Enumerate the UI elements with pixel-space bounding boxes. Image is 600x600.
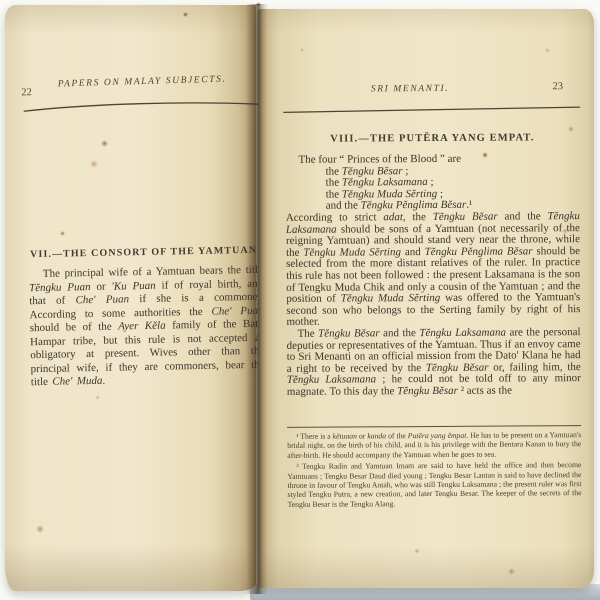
left-header-rule (21, 97, 261, 114)
left-page-content: 22 PAPERS ON MALAY SUBJECTS. VII.—THE CO… (25, 73, 259, 77)
princes-list: the Tĕngku Bĕsar ; the Tĕngku Laksamana … (286, 165, 580, 213)
foxing-spot (256, 2, 261, 7)
adat-paragraph: According to strict adat, the Tĕngku Bĕs… (286, 211, 581, 329)
left-page: 22 PAPERS ON MALAY SUBJECTS. VII.—THE CO… (5, 5, 256, 591)
right-body: The four “ Princes of the Blood ” are th… (285, 153, 580, 398)
left-body-paragraph: The principal wife of a Yamtuan bears th… (29, 264, 265, 390)
left-section-heading: VII.—THE CONSORT OF THE YAMTUAN. (28, 245, 262, 260)
right-section-heading: VIII.—THE PUTĔRA YANG EMPAT. (285, 132, 579, 145)
left-running-header: PAPERS ON MALAY SUBJECTS. (25, 74, 259, 91)
right-running-header: SRI MENANTI. (263, 83, 557, 95)
book-photo: 22 PAPERS ON MALAY SUBJECTS. VII.—THE CO… (0, 0, 600, 600)
footnotes: ¹ There is a kĕtuaan or kanda of the Put… (287, 430, 581, 511)
right-page-number: 23 (553, 81, 564, 92)
footnote-1: ¹ There is a kĕtuaan or kanda of the Put… (287, 430, 581, 460)
deputies-paragraph: The Tĕngku Bĕsar and the Tĕngku Laksaman… (287, 327, 581, 398)
footnote-2: ² Tengku Radin and Yamtuan Imam are said… (287, 460, 581, 509)
